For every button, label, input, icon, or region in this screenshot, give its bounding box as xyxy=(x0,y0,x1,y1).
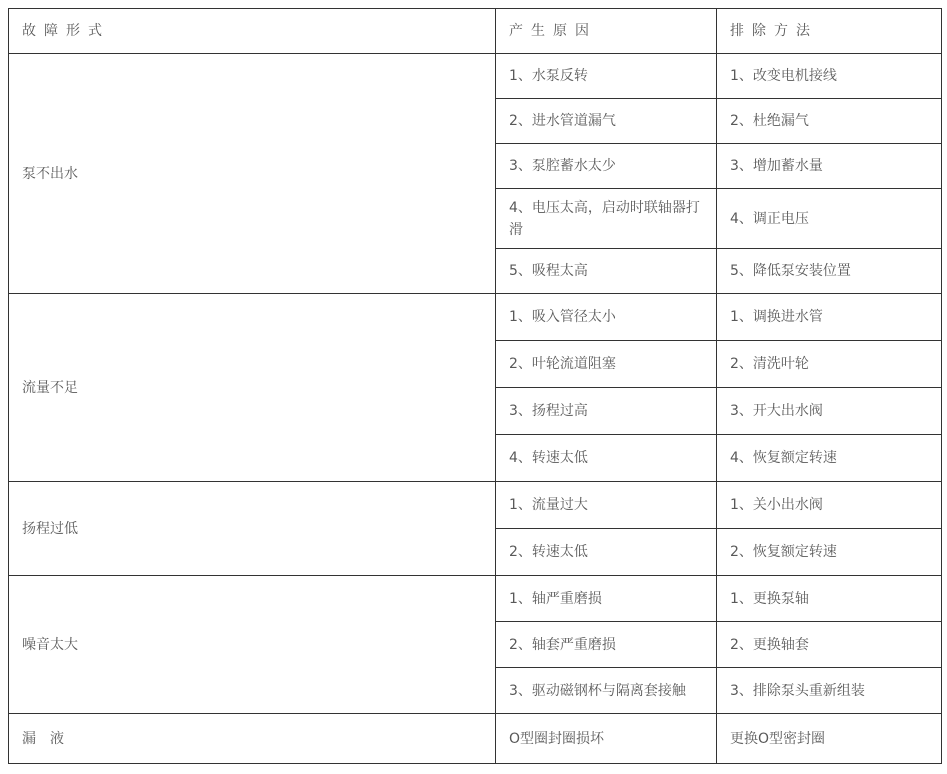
cause-cell: 2、叶轮流道阻塞 xyxy=(496,341,717,388)
cause-cell: 1、吸入管径太小 xyxy=(496,294,717,341)
cause-cell: 2、轴套严重磨损 xyxy=(496,622,717,668)
cause-cell: 1、流量过大 xyxy=(496,482,717,529)
cause-cell: 4、电压太高，启动时联轴器打滑 xyxy=(496,189,717,249)
remedy-cell: 更换O型密封圈 xyxy=(717,714,942,764)
fault-cell: 噪音太大 xyxy=(9,576,496,714)
fault-cell: 漏 液 xyxy=(9,714,496,764)
remedy-cell: 1、调换进水管 xyxy=(717,294,942,341)
cause-cell: O型圈封圈损坏 xyxy=(496,714,717,764)
remedy-cell: 1、更换泵轴 xyxy=(717,576,942,622)
header-row: 故障形式 产生原因 排除方法 xyxy=(9,9,942,54)
cause-cell: 1、轴严重磨损 xyxy=(496,576,717,622)
column-header-fault: 故障形式 xyxy=(9,9,496,54)
cause-cell: 3、泵腔蓄水太少 xyxy=(496,144,717,189)
remedy-cell: 5、降低泵安装位置 xyxy=(717,249,942,294)
page: 故障形式 产生原因 排除方法 泵不出水 1、水泵反转 1、改变电机接线 2、进水… xyxy=(0,0,947,774)
remedy-cell: 4、恢复额定转速 xyxy=(717,435,942,482)
cause-cell: 2、进水管道漏气 xyxy=(496,99,717,144)
column-header-cause: 产生原因 xyxy=(496,9,717,54)
table-row: 泵不出水 1、水泵反转 1、改变电机接线 xyxy=(9,54,942,99)
remedy-cell: 1、关小出水阀 xyxy=(717,482,942,529)
table-row: 漏 液 O型圈封圈损坏 更换O型密封圈 xyxy=(9,714,942,764)
remedy-cell: 3、开大出水阀 xyxy=(717,388,942,435)
remedy-cell: 2、恢复额定转速 xyxy=(717,529,942,576)
cause-cell: 1、水泵反转 xyxy=(496,54,717,99)
fault-cell: 流量不足 xyxy=(9,294,496,482)
remedy-cell: 2、杜绝漏气 xyxy=(717,99,942,144)
remedy-cell: 2、清洗叶轮 xyxy=(717,341,942,388)
remedy-cell: 3、增加蓄水量 xyxy=(717,144,942,189)
cause-cell: 4、转速太低 xyxy=(496,435,717,482)
cause-cell: 3、驱动磁钢杯与隔离套接触 xyxy=(496,668,717,714)
table-row: 扬程过低 1、流量过大 1、关小出水阀 xyxy=(9,482,942,529)
remedy-cell: 3、排除泵头重新组装 xyxy=(717,668,942,714)
cause-cell: 5、吸程太高 xyxy=(496,249,717,294)
fault-cell: 泵不出水 xyxy=(9,54,496,294)
remedy-cell: 4、调正电压 xyxy=(717,189,942,249)
fault-cell: 扬程过低 xyxy=(9,482,496,576)
column-header-remedy: 排除方法 xyxy=(717,9,942,54)
cause-cell: 3、扬程过高 xyxy=(496,388,717,435)
remedy-cell: 2、更换轴套 xyxy=(717,622,942,668)
table-row: 噪音太大 1、轴严重磨损 1、更换泵轴 xyxy=(9,576,942,622)
remedy-cell: 1、改变电机接线 xyxy=(717,54,942,99)
fault-troubleshooting-table: 故障形式 产生原因 排除方法 泵不出水 1、水泵反转 1、改变电机接线 2、进水… xyxy=(8,8,942,764)
cause-cell: 2、转速太低 xyxy=(496,529,717,576)
table-row: 流量不足 1、吸入管径太小 1、调换进水管 xyxy=(9,294,942,341)
